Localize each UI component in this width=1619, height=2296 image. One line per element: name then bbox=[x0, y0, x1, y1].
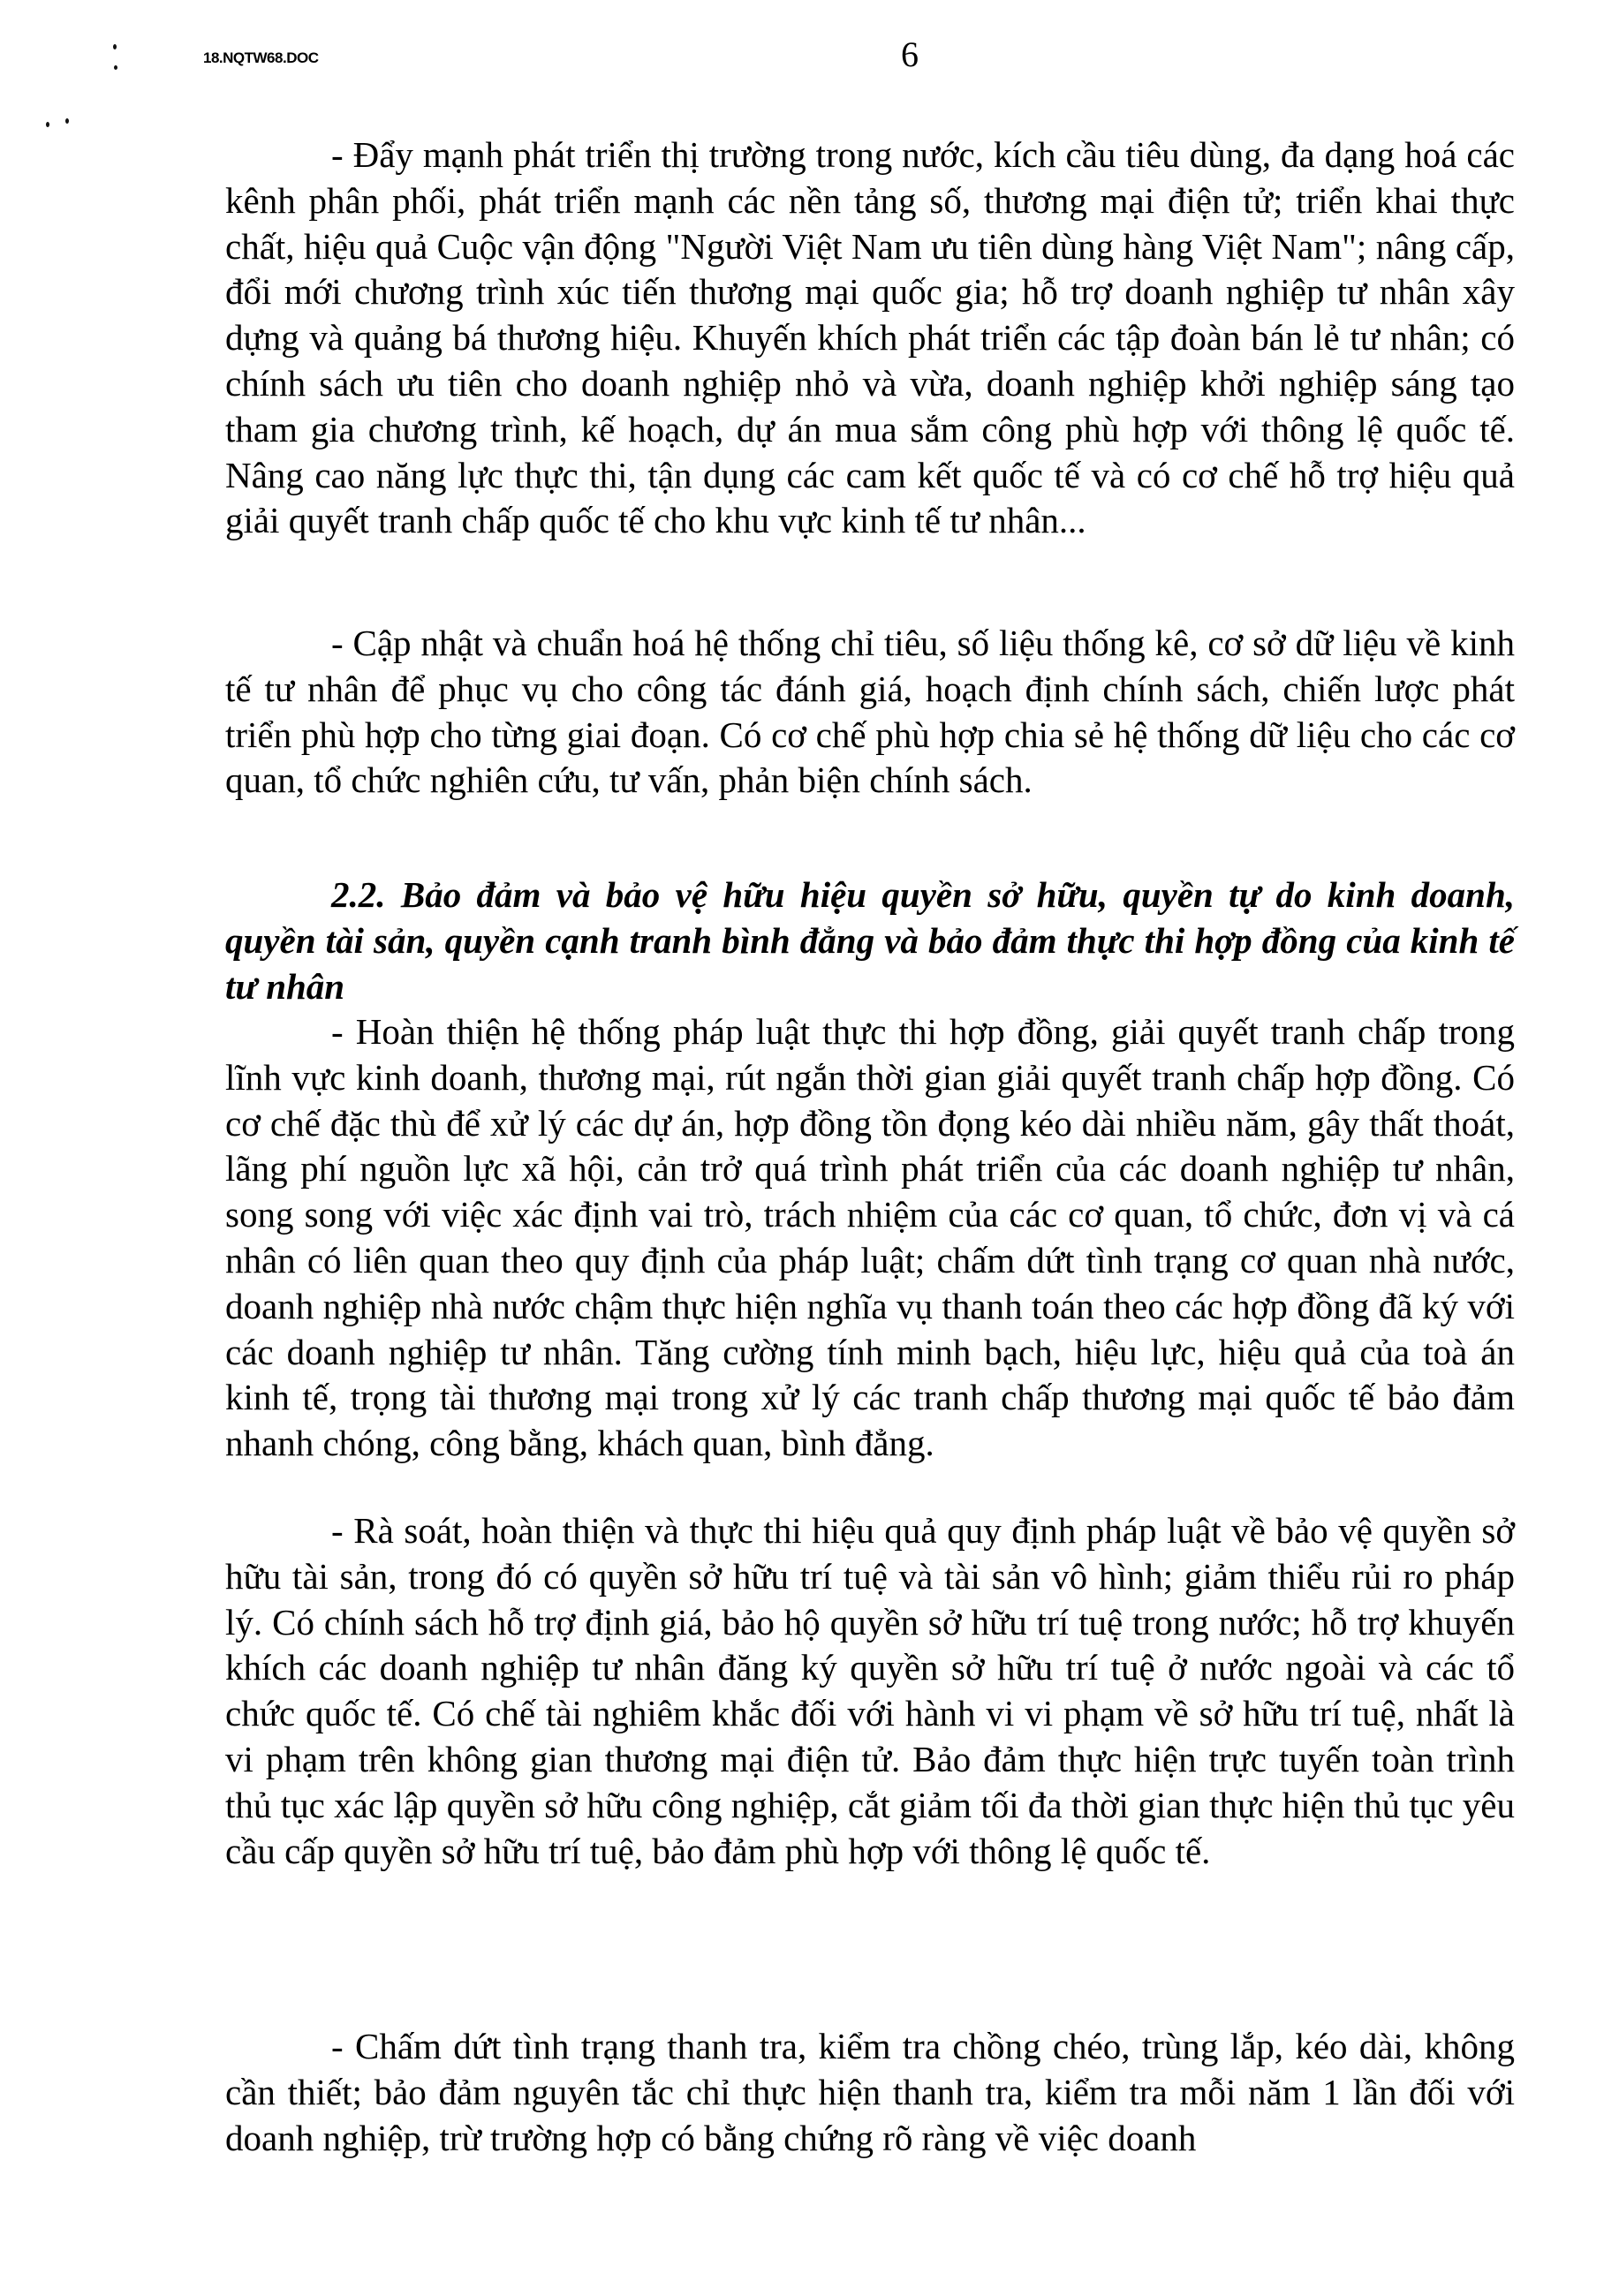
paragraph-2: - Cập nhật và chuẩn hoá hệ thống chỉ tiê… bbox=[225, 621, 1515, 804]
paragraph-3: - Hoàn thiện hệ thống pháp luật thực thi… bbox=[225, 1009, 1515, 1467]
paragraph-text: - Chấm dứt tình trạng thanh tra, kiểm tr… bbox=[225, 2024, 1515, 2161]
page-number: 6 bbox=[901, 34, 919, 75]
section-heading: 2.2. Bảo đảm và bảo vệ hữu hiệu quyền sở… bbox=[225, 872, 1515, 1009]
paragraph-text: - Rà soát, hoàn thiện và thực thi hiệu q… bbox=[225, 1508, 1515, 1874]
paragraph-4: - Rà soát, hoàn thiện và thực thi hiệu q… bbox=[225, 1508, 1515, 1874]
header-file-name: 18.NQTW68.DOC bbox=[203, 49, 318, 67]
paragraph-5: - Chấm dứt tình trạng thanh tra, kiểm tr… bbox=[225, 2024, 1515, 2161]
scan-mark bbox=[46, 122, 49, 127]
paragraph-text: - Đẩy mạnh phát triển thị trường trong n… bbox=[225, 132, 1515, 544]
paragraph-text: - Hoàn thiện hệ thống pháp luật thực thi… bbox=[225, 1009, 1515, 1467]
section-heading-text: 2.2. Bảo đảm và bảo vệ hữu hiệu quyền sở… bbox=[225, 872, 1515, 1009]
paragraph-text: - Cập nhật và chuẩn hoá hệ thống chỉ tiê… bbox=[225, 621, 1515, 804]
scan-mark bbox=[113, 44, 117, 49]
scan-mark bbox=[114, 65, 117, 70]
scan-mark bbox=[65, 118, 69, 124]
paragraph-1: - Đẩy mạnh phát triển thị trường trong n… bbox=[225, 132, 1515, 544]
